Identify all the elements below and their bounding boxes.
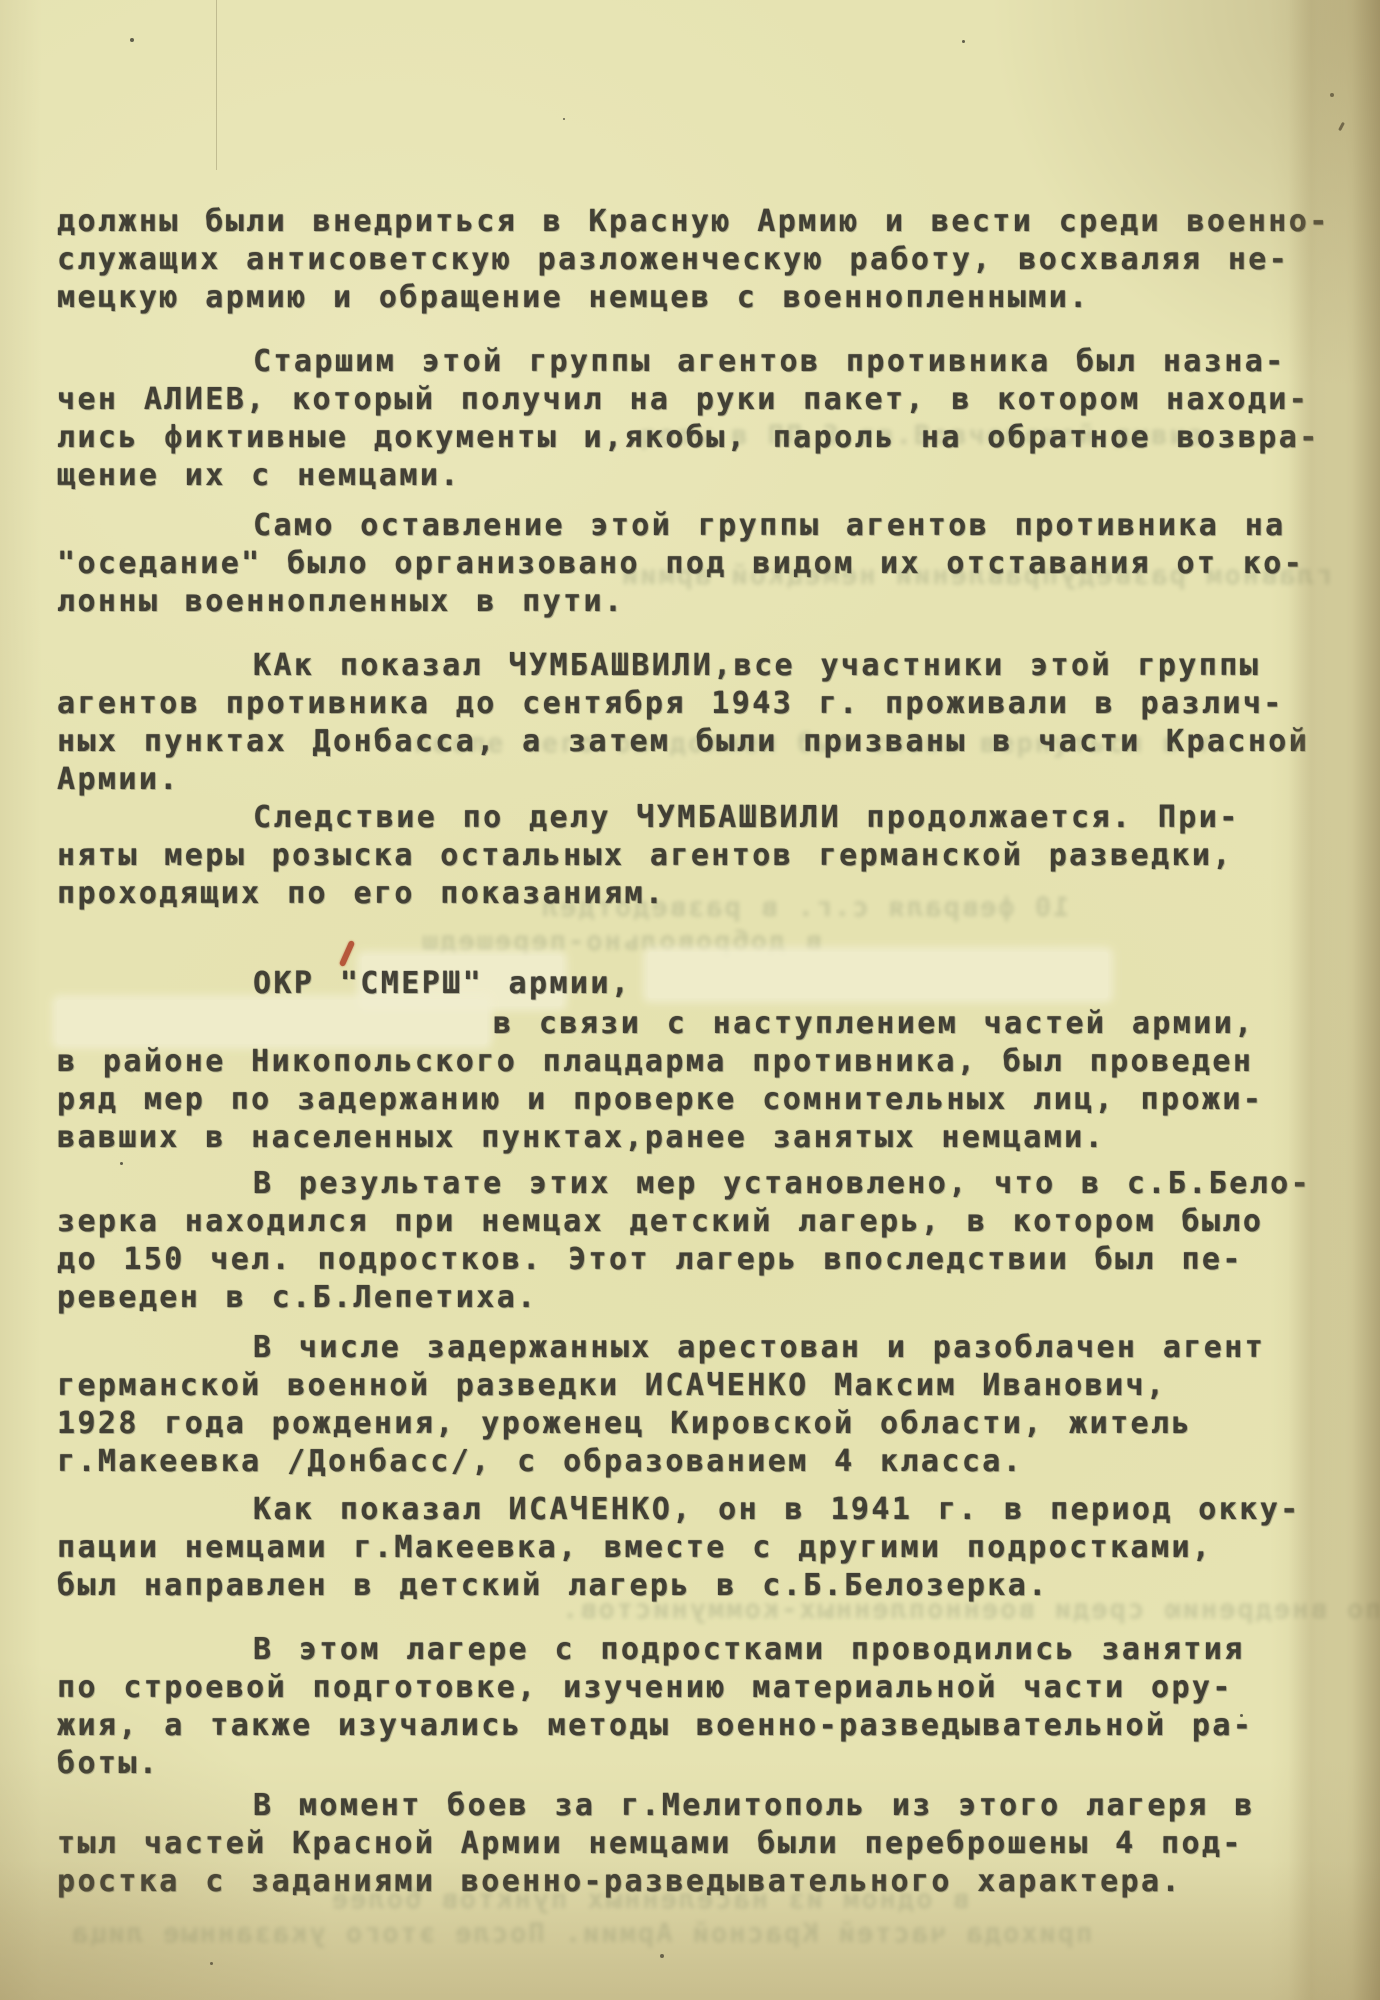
bleedthrough-line: прихода частей Красной Армии. После этог…	[70, 1918, 1092, 1949]
text-line: В результате этих мер установлено, что в…	[57, 1166, 1347, 1201]
text-line: щение их с немцами.	[57, 458, 1347, 493]
text-line: 1928 года рождения, уроженец Кировской о…	[57, 1406, 1347, 1441]
ink-speck	[563, 118, 565, 120]
text-line: чен АЛИЕВ, который получил на руки пакет…	[57, 382, 1347, 417]
red-pen-mark	[339, 940, 355, 967]
text-line: до 150 чел. подростков. Этот лагерь впос…	[57, 1242, 1347, 1277]
text-line: Следствие по делу ЧУМБАШВИЛИ продолжаетс…	[57, 800, 1347, 835]
text-line: г.Макеевка /Донбасс/, с образованием 4 к…	[57, 1444, 1347, 1479]
text-line: мецкую армию и обращение немцев с военно…	[57, 280, 1347, 315]
text-line: был направлен в детский лагерь в с.Б.Бел…	[57, 1568, 1347, 1603]
text-line: ОКР "СМЕРШ" армии,	[57, 966, 1347, 1001]
text-line: проходящих по его показаниям.	[57, 876, 1347, 911]
ink-speck	[1330, 93, 1334, 97]
ink-speck	[120, 1162, 123, 1165]
text-line: германской военной разведки ИСАЧЕНКО Мак…	[57, 1368, 1347, 1403]
text-line: лонны военнопленных в пути.	[57, 584, 1347, 619]
text-line: няты меры розыска остальных агентов герм…	[57, 838, 1347, 873]
text-line: служащих антисоветскую разложенческую ра…	[57, 242, 1347, 277]
text-line: в районе Никопольского плацдарма противн…	[57, 1044, 1347, 1079]
text-line: должны были внедриться в Красную Армию и…	[57, 204, 1347, 239]
text-line: Само оставление этой группы агентов прот…	[57, 508, 1347, 543]
text-line: КАк показал ЧУМБАШВИЛИ,все участники это…	[57, 648, 1347, 683]
ink-speck	[1338, 122, 1345, 131]
text-line: В числе задержанных арестован и разоблач…	[57, 1330, 1347, 1365]
text-line: "оседание" было организовано под видом и…	[57, 546, 1347, 581]
ink-speck	[660, 1954, 664, 1958]
text-line: боты.	[57, 1746, 1347, 1781]
text-line: жия, а также изучались методы военно-раз…	[57, 1708, 1347, 1743]
text-line: реведен в с.Б.Лепетиха.	[57, 1280, 1347, 1315]
ink-speck	[130, 38, 134, 42]
text-line: тыл частей Красной Армии немцами были пе…	[57, 1826, 1347, 1861]
text-line: ряд мер по задержанию и проверке сомните…	[57, 1082, 1347, 1117]
ink-speck	[962, 40, 965, 43]
text-line: ных пунктах Донбасса, а затем были призв…	[57, 724, 1347, 759]
text-line: в связи с наступлением частей армии,	[57, 1006, 1347, 1041]
paper-crease-line	[216, 0, 217, 170]
text-line: В этом лагере с подростками проводились …	[57, 1632, 1347, 1667]
document-page: роты в ПП 3 гв.Вовчевской дивиз после че…	[0, 0, 1380, 2000]
text-line: по строевой подготовке, изучению материа…	[57, 1670, 1347, 1705]
text-line: Армии.	[57, 762, 1347, 797]
text-line: Старшим этой группы агентов противника б…	[57, 344, 1347, 379]
text-line: зерка находился при немцах детский лагер…	[57, 1204, 1347, 1239]
text-line: ростка с заданиями военно-разведывательн…	[57, 1864, 1347, 1899]
text-line: агентов противника до сентября 1943 г. п…	[57, 686, 1347, 721]
ink-speck	[210, 1962, 213, 1965]
text-line: В момент боев за г.Мелитополь из этого л…	[57, 1788, 1347, 1823]
text-line: пации немцами г.Макеевка, вместе с други…	[57, 1530, 1347, 1565]
text-line: вавших в населенных пунктах,ранее заняты…	[57, 1120, 1347, 1155]
text-line: Как показал ИСАЧЕНКО, он в 1941 г. в пер…	[57, 1492, 1347, 1527]
text-line: лись фиктивные документы и,якобы, пароль…	[57, 420, 1347, 455]
